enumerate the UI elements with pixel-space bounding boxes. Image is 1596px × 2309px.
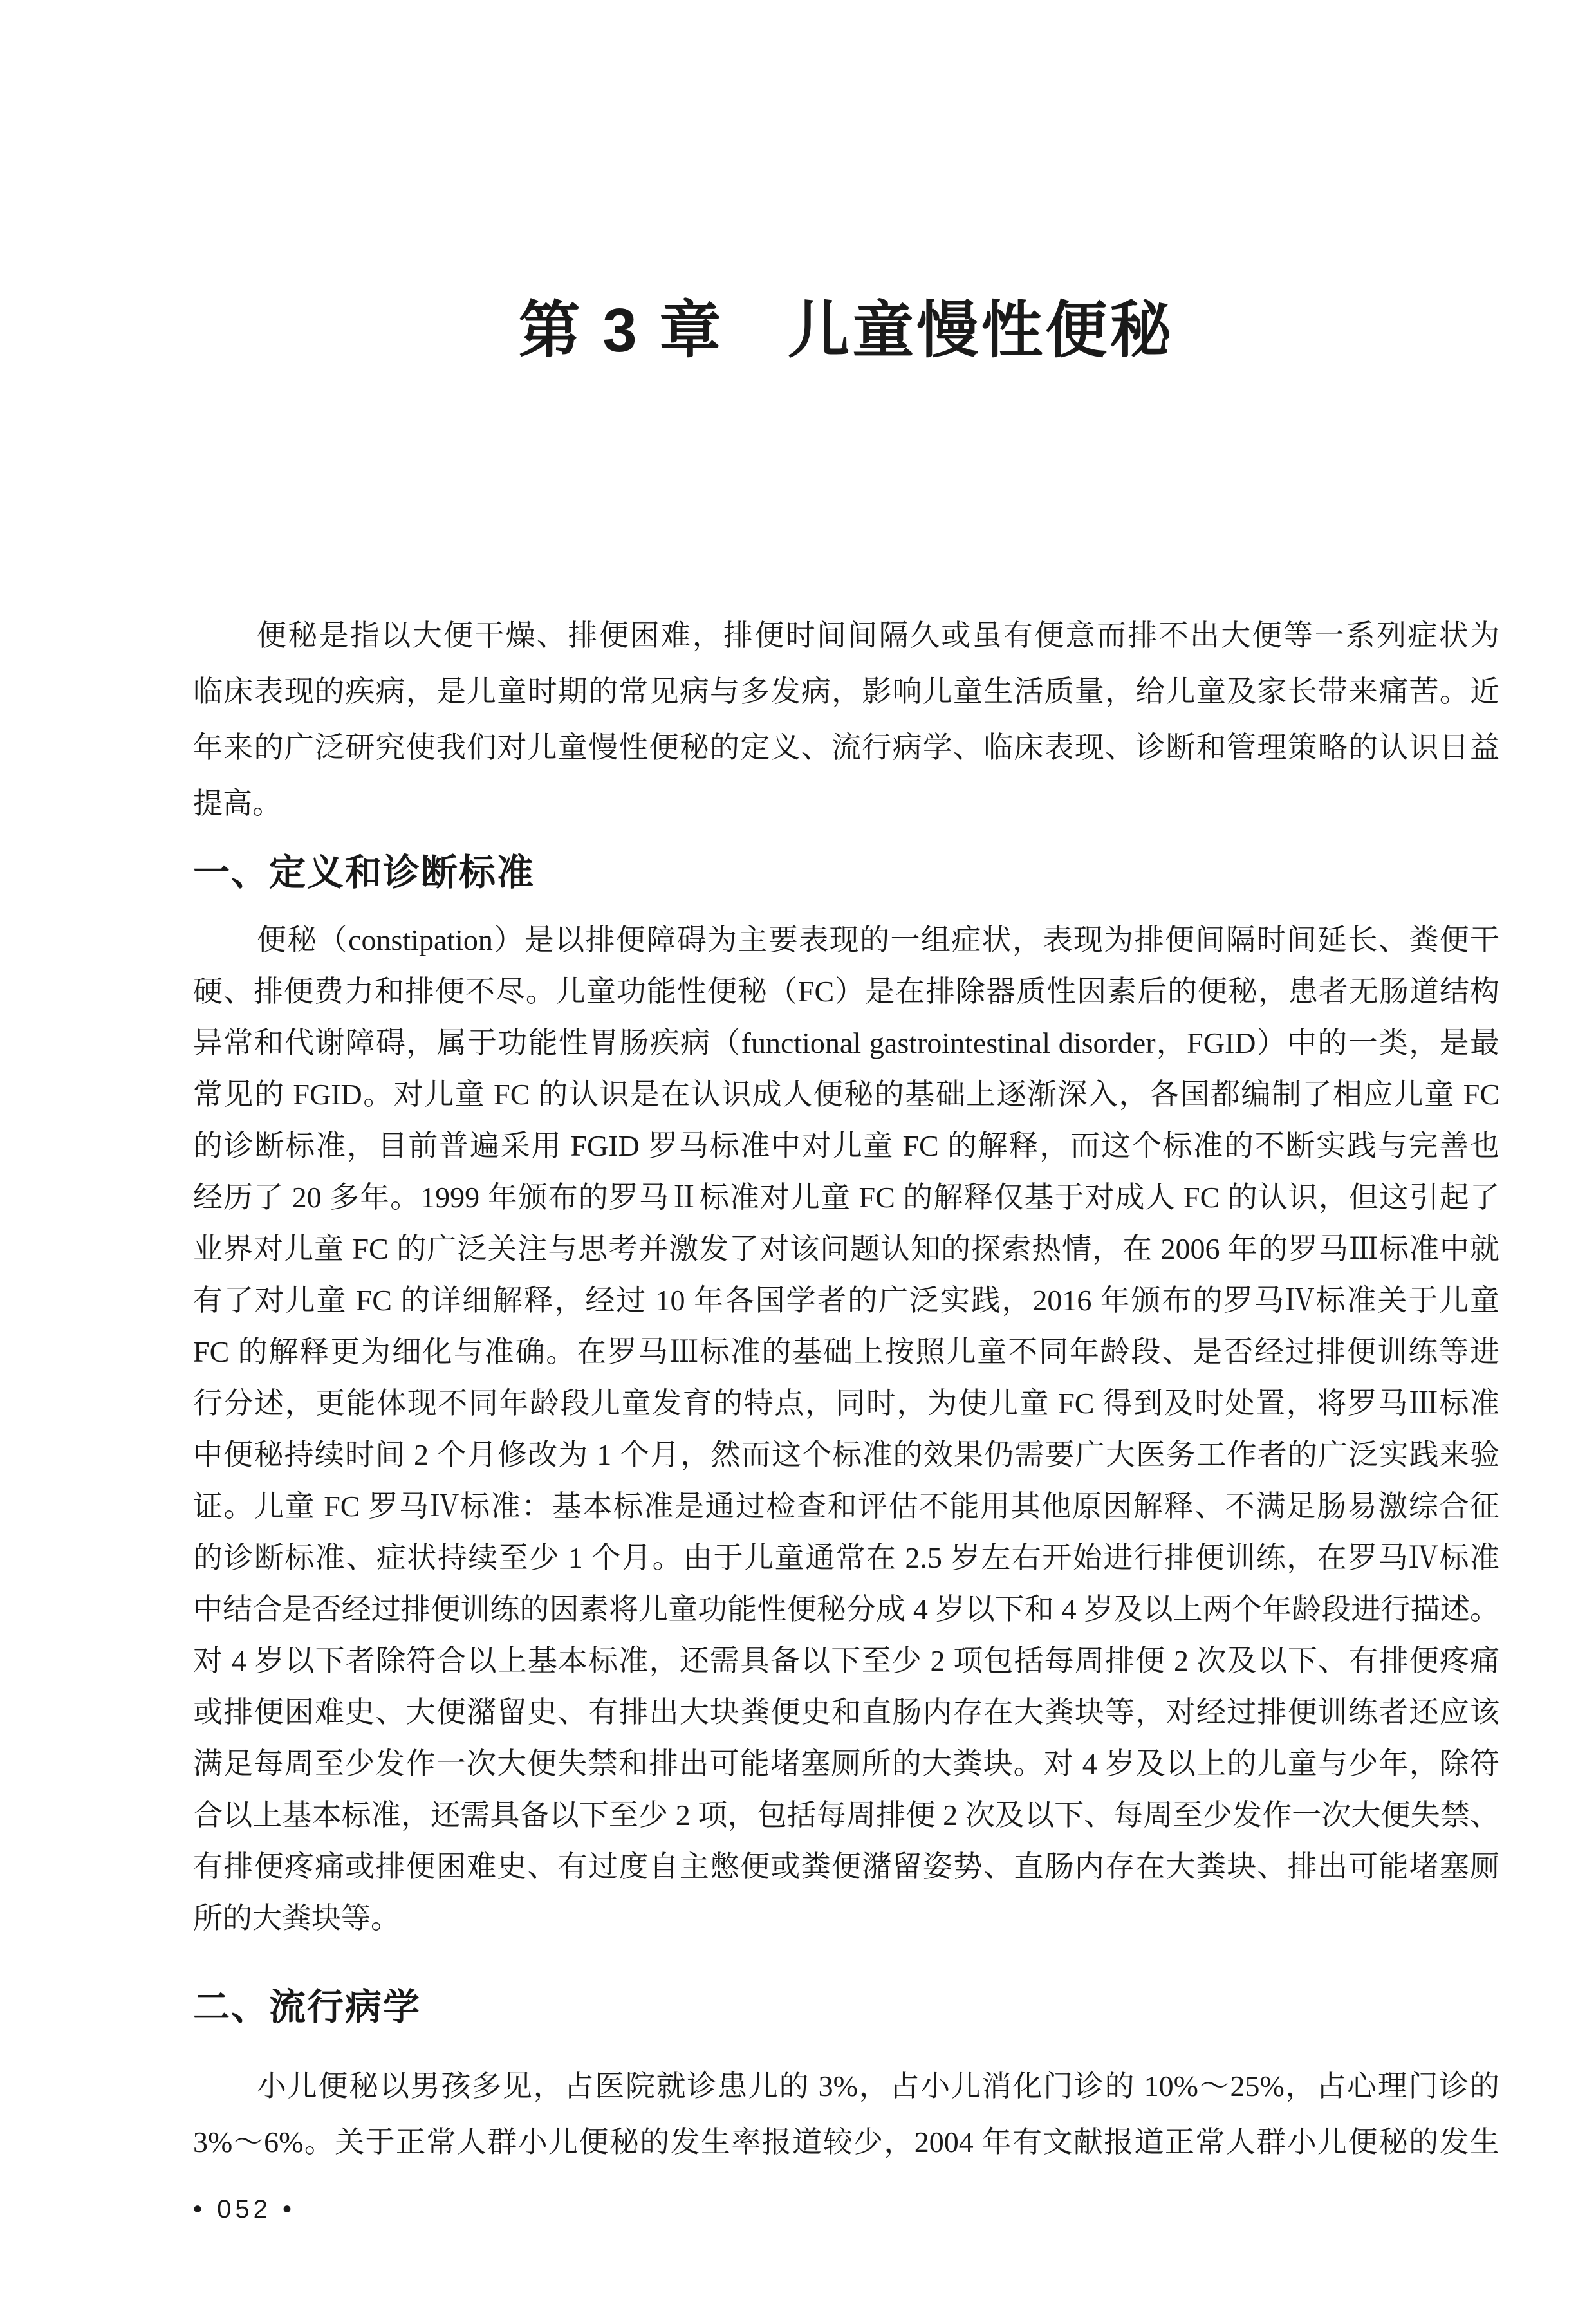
body-line: 提高。: [193, 775, 1499, 831]
body-line: 有了对儿童 FC 的详细解释，经过 10 年各国学者的广泛实践，2016 年颁布…: [193, 1275, 1499, 1326]
body-line: 的诊断标准、症状持续至少 1 个月。由于儿童通常在 2.5 岁左右开始进行排便训…: [193, 1532, 1499, 1584]
body-line: FC 的解释更为细化与准确。在罗马Ⅲ标准的基础上按照儿童不同年龄段、是否经过排便…: [193, 1326, 1499, 1378]
body-line: 中便秘持续时间 2 个月修改为 1 个月，然而这个标准的效果仍需要广大医务工作者…: [193, 1429, 1499, 1481]
section-heading-definitions: 一、定义和诊断标准: [193, 848, 1499, 897]
body-line: 行分述，更能体现不同年龄段儿童发育的特点，同时，为使儿童 FC 得到及时处置，将…: [193, 1378, 1499, 1429]
text-column: 第 3 章 儿童慢性便秘 便秘是指以大便干燥、排便困难，排便时间间隔久或虽有便意…: [193, 293, 1499, 2227]
body-line: 的诊断标准，目前普遍采用 FGID 罗马标准中对儿童 FC 的解释，而这个标准的…: [193, 1120, 1499, 1172]
body-line: 便秘（constipation）是以排便障碍为主要表现的一组症状，表现为排便间隔…: [193, 914, 1499, 966]
body-line: 中结合是否经过排便训练的因素将儿童功能性便秘分成 4 岁以下和 4 岁及以上两个…: [193, 1584, 1499, 1635]
body-line: 满足每周至少发作一次大便失禁和排出可能堵塞厕所的大粪块。对 4 岁及以上的儿童与…: [193, 1738, 1499, 1790]
body-line: 对 4 岁以下者除符合以上基本标准，还需具备以下至少 2 项包括每周排便 2 次…: [193, 1635, 1499, 1687]
section-heading-epidemiology: 二、流行病学: [193, 1983, 1499, 2032]
body-line: 有排便疼痛或排便困难史、有过度自主憋便或粪便潴留姿势、直肠内存在大粪块、排出可能…: [193, 1841, 1499, 1893]
body-line: 业界对儿童 FC 的广泛关注与思考并激发了对该问题认知的探索热情，在 2006 …: [193, 1223, 1499, 1275]
body-line: 所的大粪块等。: [193, 1893, 1499, 1944]
body-line: 年来的广泛研究使我们对儿童慢性便秘的定义、流行病学、临床表现、诊断和管理策略的认…: [193, 719, 1499, 775]
paragraph-definitions: 便秘（constipation）是以排便障碍为主要表现的一组症状，表现为排便间隔…: [193, 914, 1499, 1944]
body-line: 经历了 20 多年。1999 年颁布的罗马Ⅱ标准对儿童 FC 的解释仅基于对成人…: [193, 1172, 1499, 1223]
body-line: 便秘是指以大便干燥、排便困难，排便时间间隔久或虽有便意而排不出大便等一系列症状为: [193, 607, 1499, 663]
body-line: 硬、排便费力和排便不尽。儿童功能性便秘（FC）是在排除器质性因素后的便秘，患者无…: [193, 966, 1499, 1017]
chapter-title: 第 3 章 儿童慢性便秘: [193, 293, 1499, 368]
body-line: 异常和代谢障碍，属于功能性胃肠疾病（functional gastrointes…: [193, 1017, 1499, 1069]
body-line: 常见的 FGID。对儿童 FC 的认识是在认识成人便秘的基础上逐渐深入，各国都编…: [193, 1069, 1499, 1120]
body-line: 3%～6%。关于正常人群小儿便秘的发生率报道较少，2004 年有文献报道正常人群…: [193, 2114, 1499, 2170]
book-page: 第 3 章 儿童慢性便秘 便秘是指以大便干燥、排便困难，排便时间间隔久或虽有便意…: [0, 0, 1596, 2309]
body-line: 小儿便秘以男孩多见，占医院就诊患儿的 3%，占小儿消化门诊的 10%～25%，占…: [193, 2058, 1499, 2114]
paragraph-intro: 便秘是指以大便干燥、排便困难，排便时间间隔久或虽有便意而排不出大便等一系列症状为…: [193, 607, 1499, 831]
body-line: 临床表现的疾病，是儿童时期的常见病与多发病，影响儿童生活质量，给儿童及家长带来痛…: [193, 663, 1499, 719]
body-line: 或排便困难史、大便潴留史、有排出大块粪便史和直肠内存在大粪块等，对经过排便训练者…: [193, 1687, 1499, 1738]
paragraph-epidemiology: 小儿便秘以男孩多见，占医院就诊患儿的 3%，占小儿消化门诊的 10%～25%，占…: [193, 2058, 1499, 2170]
body-line: 证。儿童 FC 罗马Ⅳ标准：基本标准是通过检查和评估不能用其他原因解释、不满足肠…: [193, 1481, 1499, 1532]
page-number: • 052 •: [193, 2192, 1499, 2227]
body-line: 合以上基本标准，还需具备以下至少 2 项，包括每周排便 2 次及以下、每周至少发…: [193, 1790, 1499, 1841]
